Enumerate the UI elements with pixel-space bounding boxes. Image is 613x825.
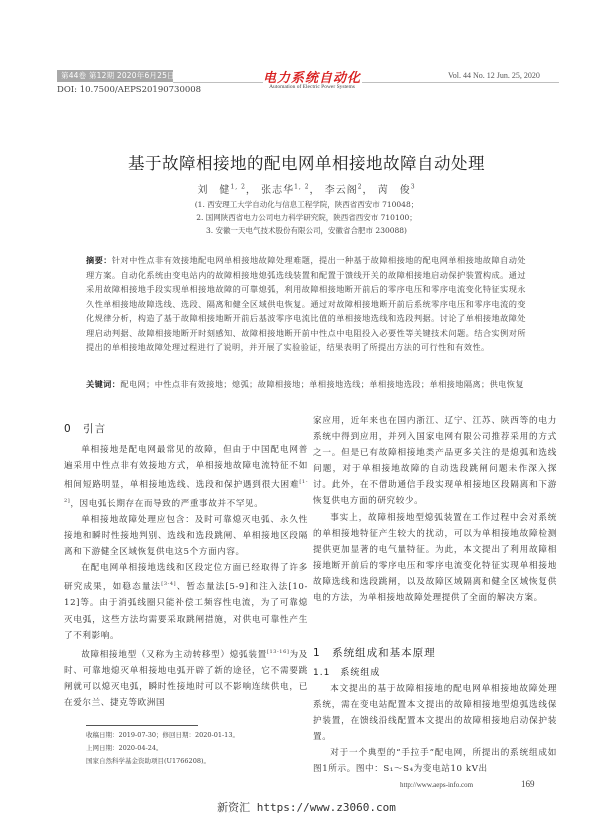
journal-english-name: Automation of Electric Power Systems xyxy=(238,84,386,90)
author: 张志华 xyxy=(261,185,294,196)
section-1-1-body: 本文提出的基于故障相接地的配电网单相接地故障处理系统，需在变电站配置本文提出的故… xyxy=(313,681,557,778)
paragraph: 故障相接地型（又称为主动转移型）熄弧装置[13-16]为及时、可靠地熄灭单相接地… xyxy=(64,644,308,711)
right-column: 家应用，近年来也在国内浙江、辽宁、江苏、陕西等的电力系统中得到应用，并列入国家电… xyxy=(313,413,557,606)
doi: DOI: 10.7500/AEPS20190730008 xyxy=(57,85,201,95)
paragraph: 单相接地故障处理应包含：及时可靠熄灭电弧、永久性接地和瞬时性接地判别、选线和选段… xyxy=(64,512,308,560)
keywords-text: 配电网；中性点非有效接地；熄弧；故障相接地；单相接地选线；单相接地选段；单相接地… xyxy=(120,379,524,389)
affiliation-2: 2. 国网陕西省电力公司电力科学研究院，陕西省西安市 710100； xyxy=(0,212,613,223)
section-heading-introduction: 0 引言 xyxy=(64,421,106,436)
author-affiliation: 1, 2 xyxy=(230,184,245,191)
affiliation-3: 3. 安徽一天电气技术股份有限公司，安徽省合肥市 230088) xyxy=(0,225,613,236)
footnote-funding: 国家自然科学基金资助项目(U1766208)。 xyxy=(86,755,326,768)
citation[interactable]: [3-4] xyxy=(161,581,176,587)
header-rule-right xyxy=(362,82,559,83)
left-column: 单相接地是配电网最常见的故障，但由于中国配电网普遍采用中性点非有效接地方式，单相… xyxy=(64,442,308,711)
author-list: 刘 健1, 2， 张志华1, 2， 李云阁2， 苪 俊3 xyxy=(0,181,613,196)
section-heading-1: 1 系统组成和基本原理 xyxy=(313,645,436,660)
citation[interactable]: [13-16] xyxy=(267,649,290,655)
author-affiliation: 3 xyxy=(411,184,416,191)
paragraph: 单相接地是配电网最常见的故障，但由于中国配电网普遍采用中性点非有效接地方式，单相… xyxy=(64,442,308,512)
abstract-text: 针对中性点非有效接地配电网单相接地故障处理难题，提出一种基于故障相接地的配电网单… xyxy=(86,255,526,352)
author: 李云阁 xyxy=(325,185,358,196)
author: 苪 俊 xyxy=(378,185,411,196)
footnote-divider xyxy=(86,725,198,726)
author-affiliation: 1, 2 xyxy=(294,184,309,191)
article-title: 基于故障相接地的配电网单相接地故障自动处理 xyxy=(0,150,613,174)
section-heading-1-1: 1.1 系统组成 xyxy=(313,665,380,678)
header-rule-left xyxy=(173,82,263,83)
keywords: 关键词：配电网；中性点非有效接地；熄弧；故障相接地；单相接地选线；单相接地选段；… xyxy=(86,377,526,391)
paragraph: 对于一个典型的“手拉手”配电网，所提出的系统组成如图1所示。图中：S₁～S₄为变… xyxy=(313,745,557,777)
abstract: 摘要：针对中性点非有效接地配电网单相接地故障处理难题，提出一种基于故障相接地的配… xyxy=(86,253,526,355)
footnote-online-date: 上网日期：2020-04-24。 xyxy=(86,742,326,755)
author-affiliation: 2 xyxy=(358,184,363,191)
volume-info: Vol. 44 No. 12 Jun. 25, 2020 xyxy=(448,71,540,80)
paragraph: 本文提出的基于故障相接地的配电网单相接地故障处理系统，需在变电站配置本文提出的故… xyxy=(313,681,557,745)
page-number: 169 xyxy=(521,779,535,789)
keywords-label: 关键词： xyxy=(86,379,120,389)
affiliation-1: (1. 西安理工大学自动化与信息工程学院，陕西省西安市 710048； xyxy=(0,199,613,210)
footnote-received-date: 收稿日期：2019-07-30；修回日期：2020-01-13。 xyxy=(86,729,326,742)
paragraph: 在配电网单相接地选线和区段定位方面已经取得了许多研究成果，如稳态量法[3-4]、… xyxy=(64,560,308,643)
paragraph: 家应用，近年来也在国内浙江、辽宁、江苏、陕西等的电力系统中得到应用，并列入国家电… xyxy=(313,413,557,510)
author: 刘 健 xyxy=(197,185,230,196)
issue-bar: 第44卷 第12期 2020年6月25日 xyxy=(57,70,173,82)
watermark: 新资汇 https://www.z3060.com xyxy=(0,799,613,815)
paragraph: 事实上，故障相接地型熄弧装置在工作过程中会对系统的单相接地特征产生较大的扰动，可… xyxy=(313,510,557,607)
abstract-label: 摘要： xyxy=(86,255,112,265)
journal-url[interactable]: http://www.aeps-info.com xyxy=(400,781,473,789)
